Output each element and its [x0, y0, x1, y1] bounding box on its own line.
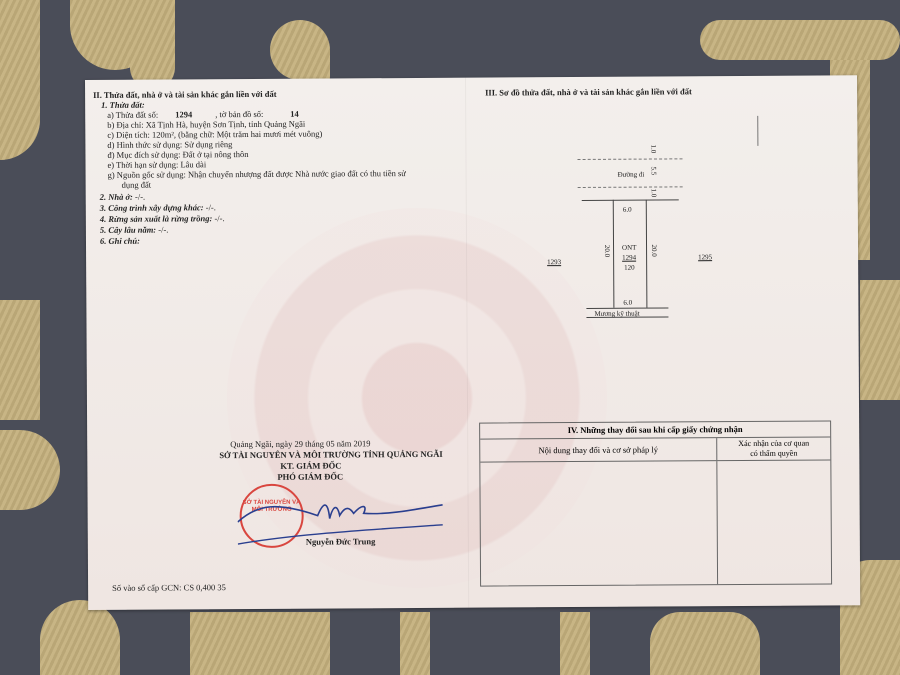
road-label: Đường đi: [618, 170, 645, 180]
deputy-director: PHÓ GIÁM ĐỐC: [277, 471, 343, 481]
neighbor-right: 1295: [698, 252, 712, 262]
item-house: 2. Nhà ở: -/-.: [100, 192, 145, 202]
parcel-number-value: 1294: [175, 109, 192, 119]
map-sheet-value: 14: [290, 109, 299, 119]
area-in-map: 120: [624, 263, 635, 273]
area: c) Diện tích: 120m², (bằng chữ: Một trăm…: [107, 129, 322, 140]
on-behalf-director: KT. GIÁM ĐỐC: [280, 460, 341, 470]
drainage-label: Mương kỹ thuật: [594, 309, 639, 319]
section-ii-title: II. Thửa đất, nhà ở và tài sản khác gắn …: [93, 89, 277, 100]
usage-term: e) Thời hạn sử dụng: Lâu dài: [107, 159, 206, 170]
right-length: 20.0: [649, 244, 659, 256]
neighbor-left: 1293: [547, 257, 561, 267]
land-use-certificate: II. Thửa đất, nhà ở và tài sản khác gắn …: [85, 75, 860, 610]
item-forest: 4. Rừng sản xuất là rừng trồng: -/-.: [100, 213, 225, 224]
sign-date: Quảng Ngãi, ngày 29 tháng 05 năm 2019: [230, 438, 370, 449]
item-notes: 6. Ghi chú:: [100, 236, 140, 246]
usage-origin: g) Nguồn gốc sử dụng: Nhận chuyển nhượng…: [108, 168, 406, 180]
col-change-content: Nội dung thay đổi và cơ sở pháp lý: [480, 438, 717, 461]
item-other-works: 3. Công trình xây dựng khác: -/-.: [100, 202, 216, 213]
bottom-width: 6.0: [623, 298, 632, 308]
land-type-code: ONT: [622, 243, 636, 253]
issuing-agency: SỞ TÀI NGUYÊN VÀ MÔI TRƯỜNG TỈNH QUẢNG N…: [219, 449, 442, 460]
usage-purpose: đ) Mục đích sử dụng: Đất ở tại nông thôn: [107, 149, 248, 160]
signer-name: Nguyễn Đức Trung: [306, 536, 376, 546]
usage-origin-cont: dụng đất: [122, 180, 152, 190]
item-perennial: 5. Cây lâu năm: -/-.: [100, 224, 169, 234]
changes-table: IV. Những thay đổi sau khi cấp giấy chứn…: [479, 420, 832, 586]
north-arrow: [757, 116, 758, 146]
parcel-no-in-map: 1294: [622, 253, 636, 263]
sub-title-parcel: 1. Thửa đất:: [101, 100, 145, 110]
section-iii-title: III. Sơ đồ thửa đất, nhà ở và tài sản kh…: [485, 86, 692, 97]
changes-table-body: [480, 460, 831, 585]
parcel-number-label: a) Thửa đất số:: [107, 110, 158, 120]
map-sheet-label: , tờ bản đồ số:: [215, 109, 263, 119]
registry-number: Số vào sổ cấp GCN: CS 0,400 35: [112, 582, 226, 593]
col-authority-confirm: Xác nhận của cơ quan có thẩm quyền: [717, 437, 830, 460]
left-length: 20.0: [602, 245, 612, 257]
top-width: 6.0: [623, 205, 632, 215]
